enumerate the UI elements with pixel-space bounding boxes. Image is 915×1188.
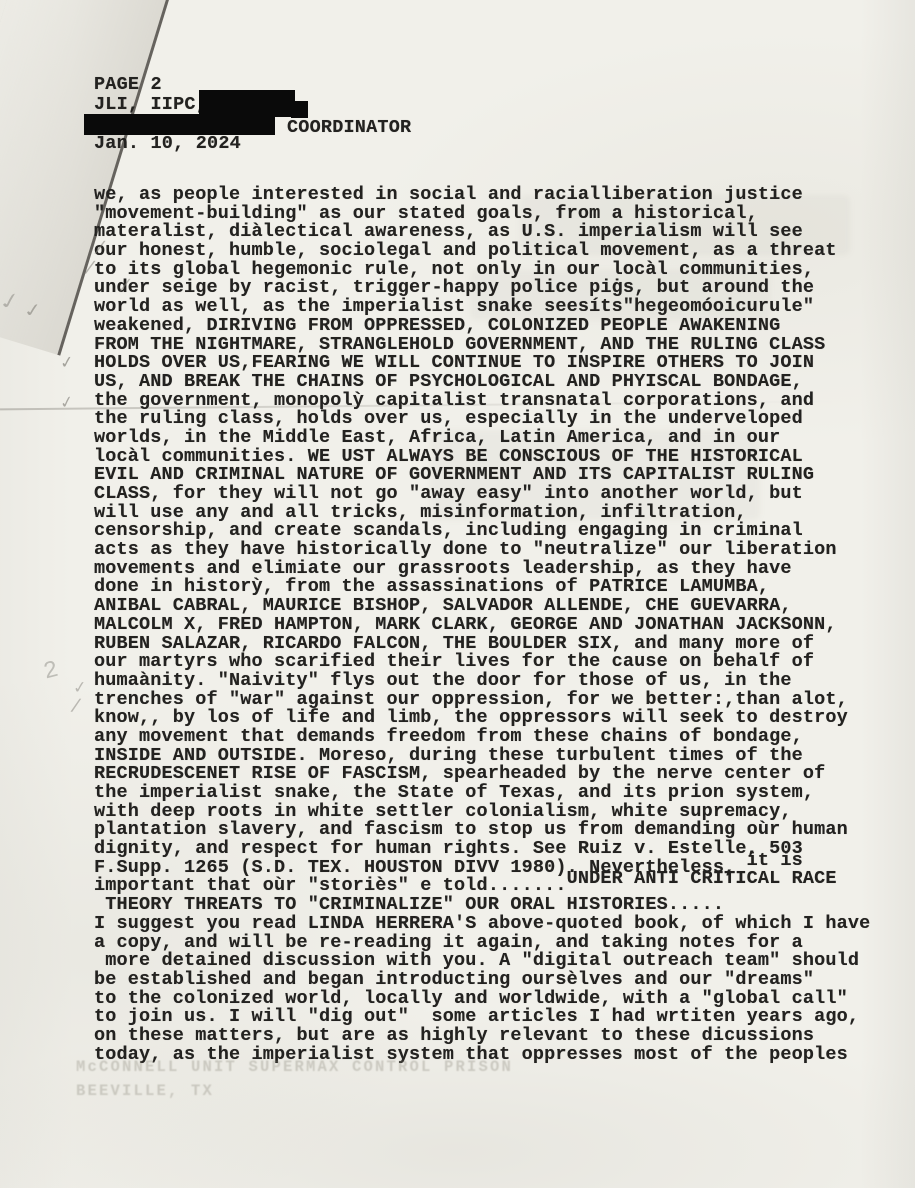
pencil-checkmark-icon: ✓ <box>59 390 74 415</box>
body-line: our honest, humble, sociolegal and polit… <box>94 242 894 261</box>
pencil-slash-mark: / <box>69 695 83 718</box>
page-number-label: PAGE 2 <box>94 74 162 95</box>
date-line: Jan. 10, 2024 <box>94 133 241 154</box>
body-line: any movement that demands freedom from t… <box>94 728 894 747</box>
pencil-checkmark-icon: ✓ <box>59 350 74 374</box>
body-line: I suggest you read LINDA HERRERA'S above… <box>94 915 894 934</box>
pencil-checkmark-icon: ✓ <box>0 286 23 316</box>
pencil-numeral-mark: 2 <box>41 657 62 687</box>
body-text: we, as people interested in social and r… <box>94 186 894 1064</box>
body-line: worlds, in the Middle East, Africa, Lati… <box>94 429 894 448</box>
body-line: ANIBAL CABRAL, MAURICE BISHOP, SALVADOR … <box>94 597 894 616</box>
redaction-bar <box>84 114 275 135</box>
body-line: we, as people interested in social and r… <box>94 186 894 205</box>
scanned-letter-page: PAGE 2 JLI, IIPC, COORDINATOR Jan. 10, 2… <box>0 0 915 1188</box>
body-line: be established and began introducting ou… <box>94 971 894 990</box>
pencil-checkmark-icon: ✓ <box>23 298 43 324</box>
coordinator-label: COORDINATOR <box>287 117 411 138</box>
body-line: CLASS, for they will not go "away easy" … <box>94 485 894 504</box>
body-line: acts as they have historically done to "… <box>94 541 894 560</box>
ghost-line: McCONNELL UNIT SUPERMAX CONTROL PRISON <box>76 1058 513 1082</box>
body-line: on these matters, but are as highly rele… <box>94 1027 894 1046</box>
org-line: JLI, IIPC, <box>94 94 207 115</box>
body-line: US, AND BREAK THE CHAINS OF PSYCHOLOGICA… <box>94 373 894 392</box>
redaction-bar <box>199 90 295 117</box>
body-line: the imperialist snake, the State of Texa… <box>94 784 894 803</box>
body-line: world as well, as the imperialist snake … <box>94 298 894 317</box>
pencil-checkmark-icon: ✓ <box>73 675 87 699</box>
body-line: THEORY THREATS TO "CRIMINALIZE" OUR ORAL… <box>94 896 894 915</box>
ghost-text: McCONNELL UNIT SUPERMAX CONTROL PRISONBE… <box>76 1058 513 1106</box>
body-line: weakened, DIRIVING FROM OPPRESSED, COLON… <box>94 317 894 336</box>
body-line: humaànity. "Naivity" flys out the door f… <box>94 672 894 691</box>
body-line: MALCOLM X, FRED HAMPTON, MARK CLARK, GEO… <box>94 616 894 635</box>
redaction-bar <box>291 101 308 118</box>
ghost-line: BEEVILLE, TX <box>76 1082 513 1106</box>
